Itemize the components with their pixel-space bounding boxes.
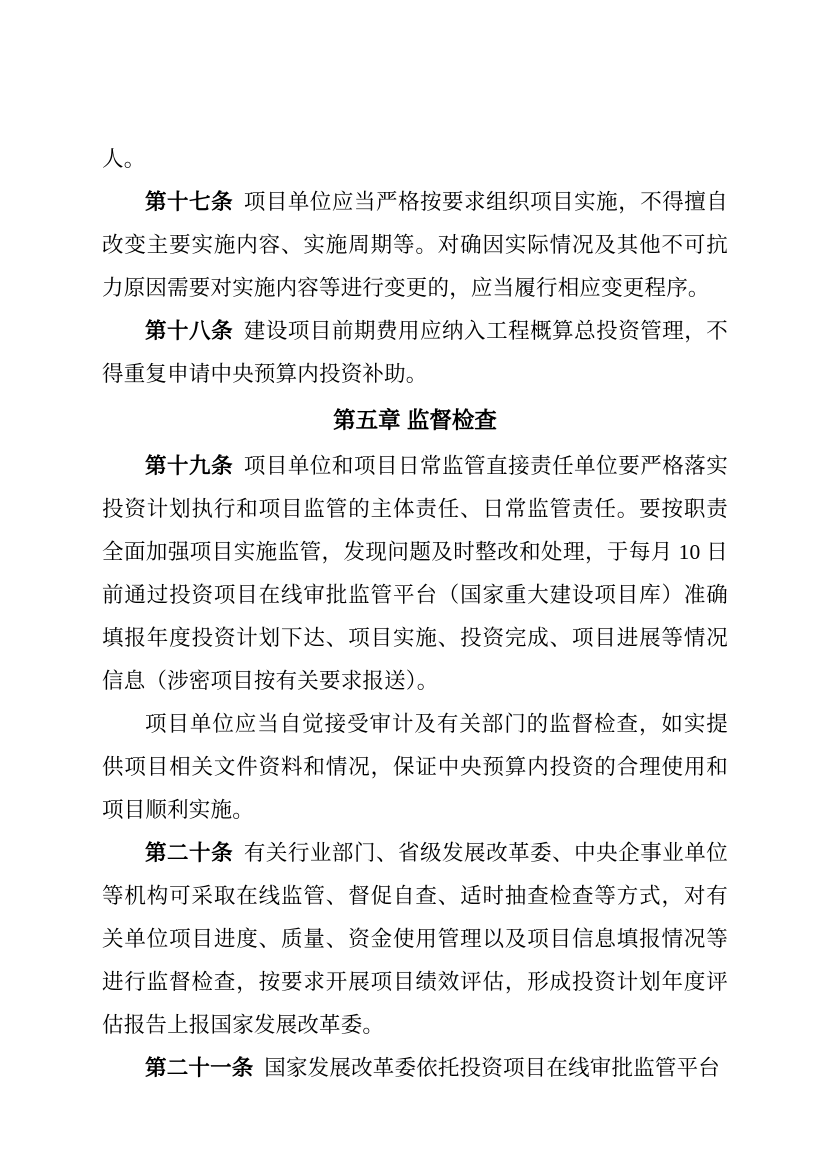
article-21-number: 第二十一条 xyxy=(145,1056,254,1080)
article-17-number: 第十七条 xyxy=(145,190,233,214)
article-19-second-paragraph: 项目单位应当自觉接受审计及有关部门的监督检查，如实提供项目相关文件资料和情况，保… xyxy=(102,703,728,832)
article-20-paragraph: 第二十条有关行业部门、省级发展改革委、中央企事业单位等机构可采取在线监管、督促自… xyxy=(102,832,728,1047)
paragraph-text: 人。 xyxy=(102,147,145,171)
article-20-number: 第二十条 xyxy=(145,841,233,865)
article-20-text: 有关行业部门、省级发展改革委、中央企事业单位等机构可采取在线监管、督促自查、适时… xyxy=(102,841,728,1037)
article-17-paragraph: 第十七条项目单位应当严格按要求组织项目实施，不得擅自改变主要实施内容、实施周期等… xyxy=(102,181,728,310)
article-18-paragraph: 第十八条建设项目前期费用应纳入工程概算总投资管理，不得重复申请中央预算内投资补助… xyxy=(102,310,728,396)
article-21-text: 国家发展改革委依托投资项目在线审批监管平台 xyxy=(264,1056,720,1080)
article-19-text: 项目单位和项目日常监管直接责任单位要严格落实投资计划执行和项目监管的主体责任、日… xyxy=(102,454,728,693)
article-19-second-paragraph-text: 项目单位应当自觉接受审计及有关部门的监督检查，如实提供项目相关文件资料和情况，保… xyxy=(102,712,728,822)
article-18-number: 第十八条 xyxy=(145,319,233,343)
article-19-number: 第十九条 xyxy=(145,454,233,478)
article-19-paragraph: 第十九条项目单位和项目日常监管直接责任单位要严格落实投资计划执行和项目监管的主体… xyxy=(102,445,728,703)
chapter-5-heading: 第五章 监督检查 xyxy=(102,398,728,444)
article-21-paragraph: 第二十一条国家发展改革委依托投资项目在线审批监管平台 xyxy=(102,1047,728,1090)
document-page: 人。 第十七条项目单位应当严格按要求组织项目实施，不得擅自改变主要实施内容、实施… xyxy=(0,0,828,1176)
paragraph-continuation: 人。 xyxy=(102,138,728,181)
